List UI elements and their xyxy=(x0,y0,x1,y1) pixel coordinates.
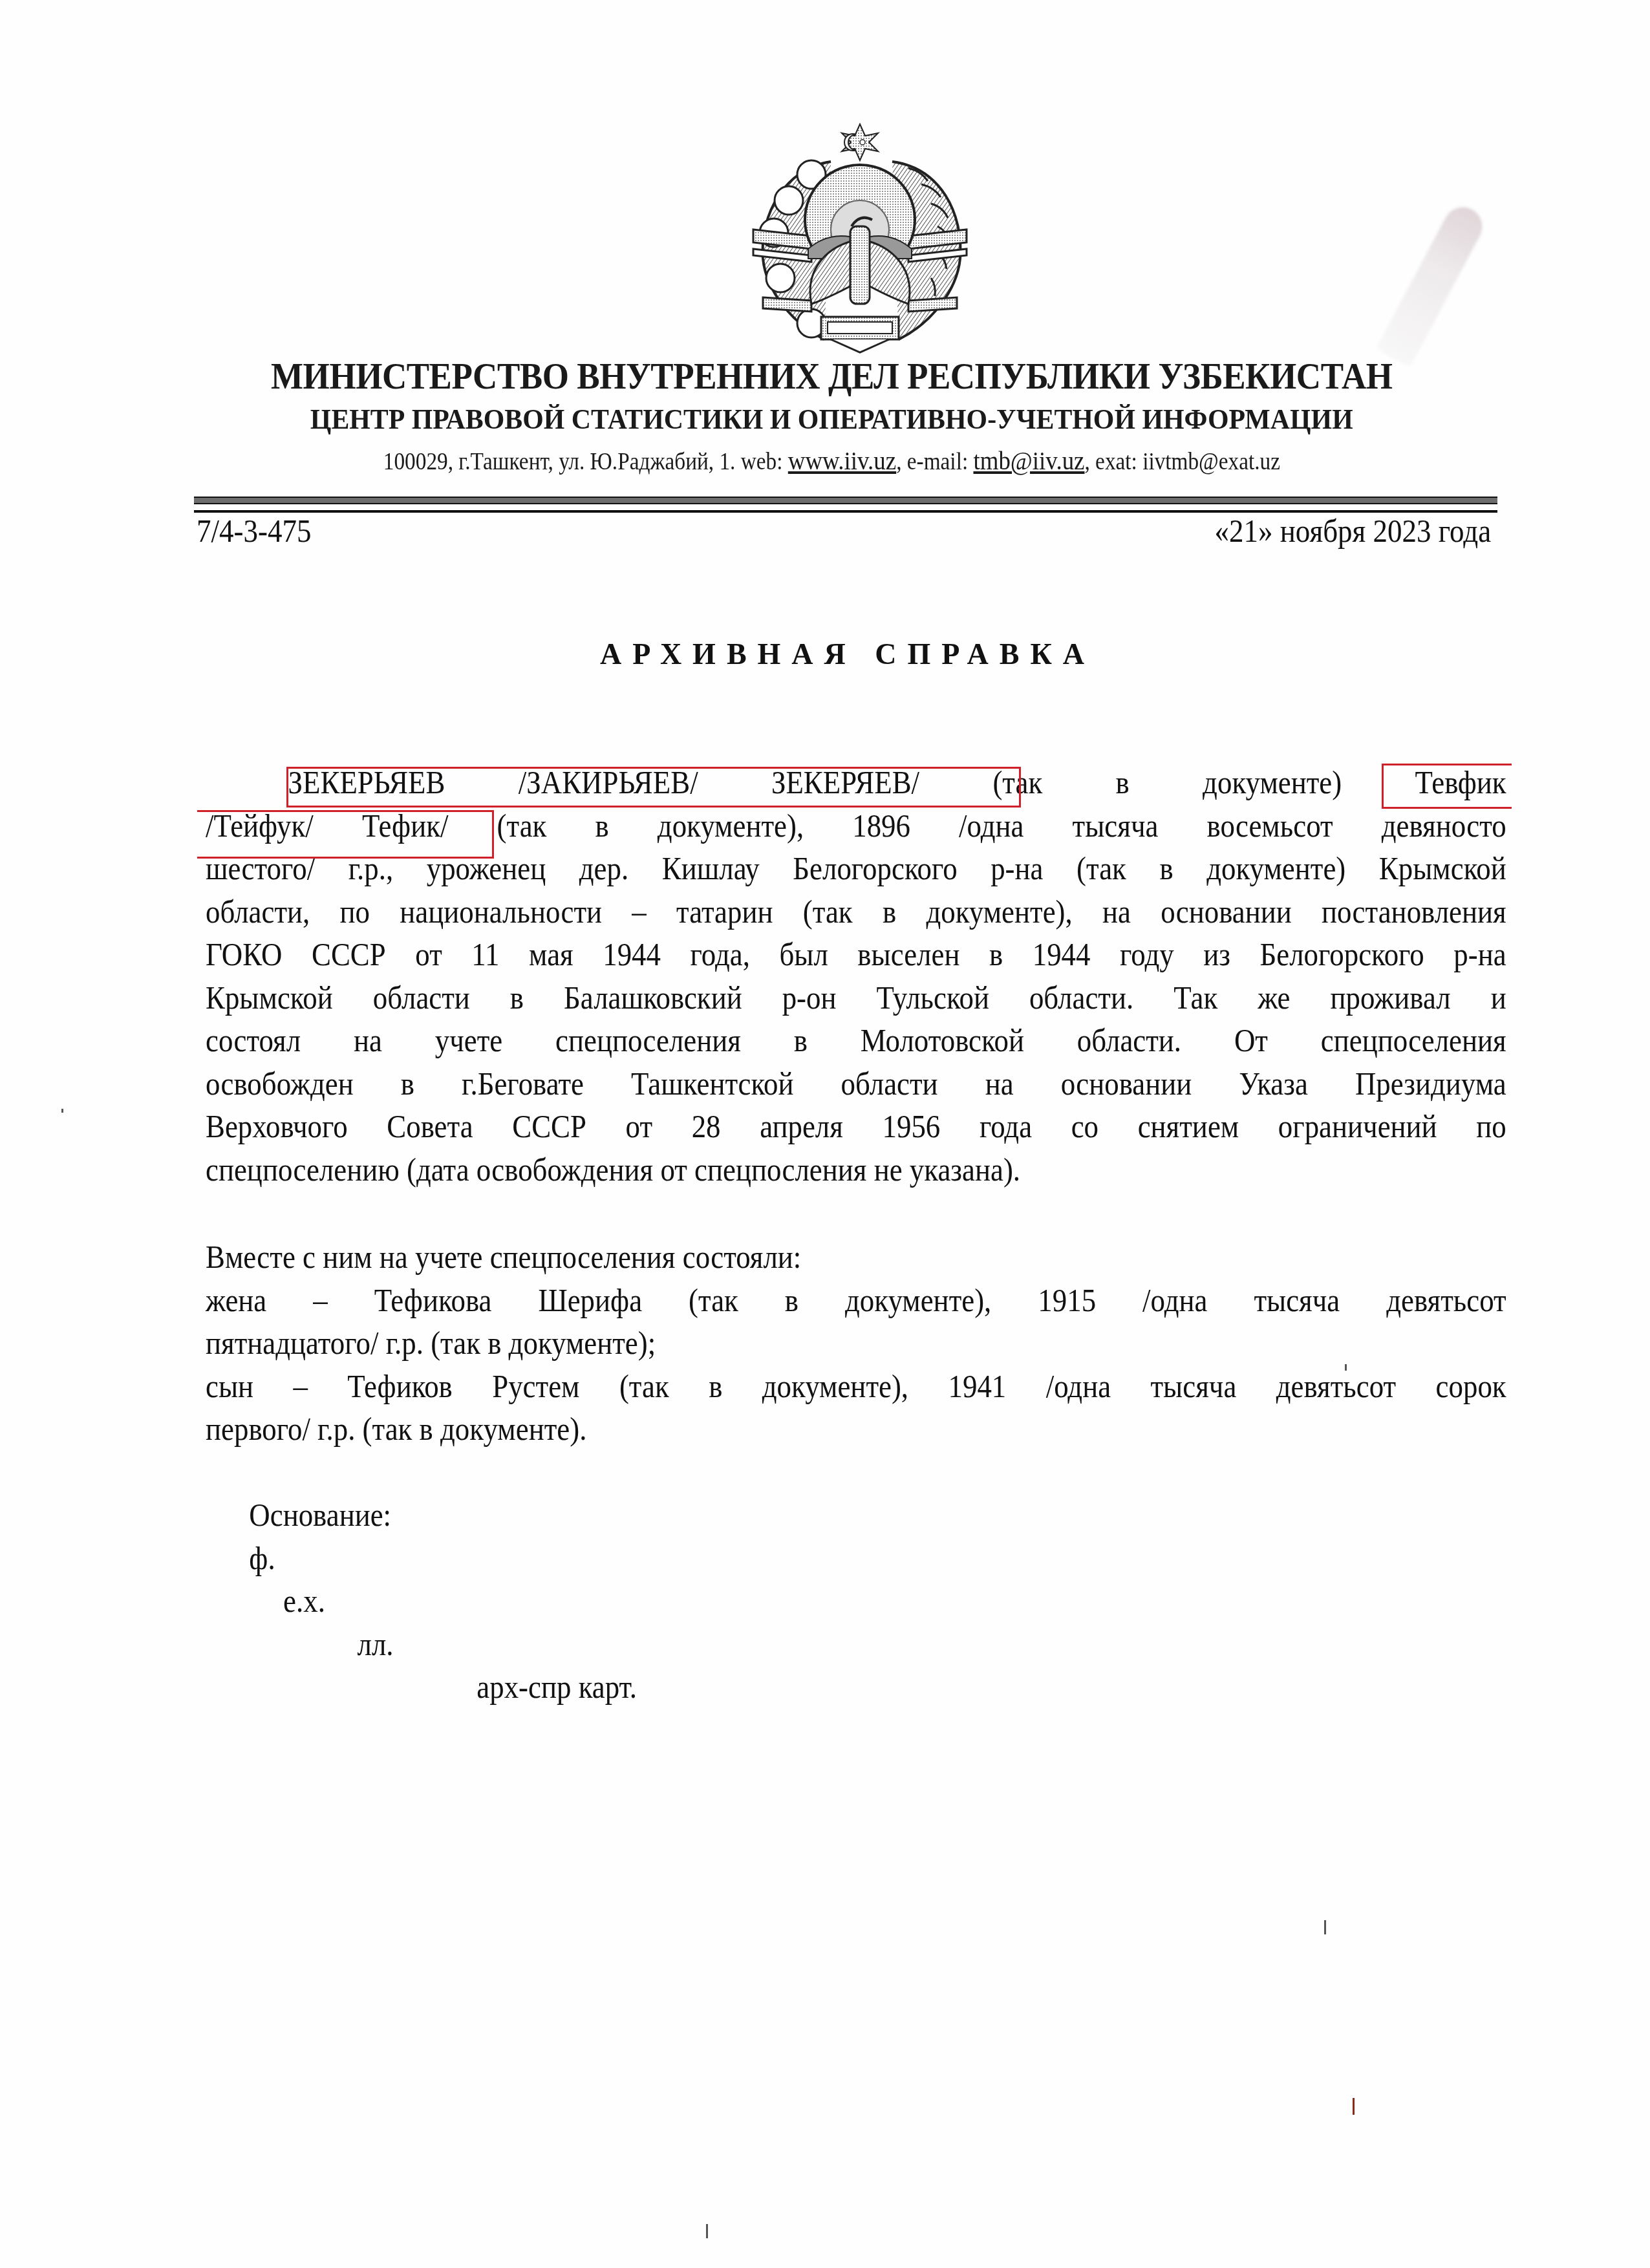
text-line: освобожден в г.Беговате Ташкентской обла… xyxy=(206,1063,1506,1106)
header-divider-thick xyxy=(194,497,1497,504)
text-line: ЗЕКЕРЬЯЕВ /ЗАКИРЬЯЕВ/ ЗЕКЕРЯЕВ/ (так в д… xyxy=(206,762,1506,805)
exat-address: , exat: iivtmb@exat.uz xyxy=(1084,449,1280,475)
family-member-son: сын – Тефиков Рустем (так в документе), … xyxy=(206,1365,1506,1409)
email-label: , e-mail: xyxy=(896,449,973,475)
text-line: ГОКО СССР от 11 мая 1944 года, был высел… xyxy=(206,934,1506,977)
website-link[interactable]: www.iiv.uz xyxy=(788,445,896,475)
address: 100029, г.Ташкент, ул. Ю.Раджабий, 1. we… xyxy=(383,449,788,475)
scan-speck xyxy=(1324,1920,1326,1934)
basis-sheets: лл. xyxy=(358,1627,394,1663)
contact-line: 100029, г.Ташкент, ул. Ю.Раджабий, 1. we… xyxy=(83,445,1569,476)
text-line: пятнадцатого/ г.р. (так в документе); xyxy=(206,1322,1506,1365)
scan-speck xyxy=(61,1109,63,1113)
basis-fund: ф. xyxy=(249,1541,275,1577)
ministry-name: МИНИСТЕРСТВО ВНУТРЕННИХ ДЕЛ РЕСПУБЛИКИ У… xyxy=(58,356,1592,398)
document-title: АРХИВНАЯ СПРАВКА xyxy=(0,637,1650,671)
reference-number: 7/4-3-475 xyxy=(197,512,311,550)
text-line: первого/ г.р. (так в документе). xyxy=(206,1408,1506,1451)
basis-card: арх-спр карт. xyxy=(477,1669,637,1706)
text-line: спецпоселению (дата освобождения от спец… xyxy=(206,1149,1506,1192)
basis-label: Основание: xyxy=(249,1497,391,1534)
scan-smudge xyxy=(1376,200,1489,367)
text-line: шестого/ г.р., уроженец дер. Кишлау Бело… xyxy=(206,848,1506,891)
family-members-section: Вместе с ним на учете спецпоселения сост… xyxy=(206,1236,1506,1752)
scan-speck xyxy=(706,2224,708,2238)
text-line: /Тейфук/ Тефик/ (так в документе), 1896 … xyxy=(206,805,1506,848)
document-page: МИНИСТЕРСТВО ВНУТРЕННИХ ДЕЛ РЕСПУБЛИКИ У… xyxy=(0,0,1650,2268)
scan-speck xyxy=(1353,2098,1355,2115)
family-member-wife: жена – Тефикова Шерифа (так в документе)… xyxy=(206,1279,1506,1323)
main-paragraph: ЗЕКЕРЬЯЕВ /ЗАКИРЬЯЕВ/ ЗЕКЕРЯЕВ/ (так в д… xyxy=(206,762,1506,1192)
state-emblem-icon xyxy=(734,123,986,356)
text-line: Верховчого Совета СССР от 28 апреля 1956… xyxy=(206,1106,1506,1149)
text-line: Крымской области в Балашковский р-он Тул… xyxy=(206,977,1506,1020)
basis-file: е.х. xyxy=(283,1583,325,1620)
email-link[interactable]: tmb@iiv.uz xyxy=(973,445,1084,475)
text-line: состоял на учете спецпоселения в Молотов… xyxy=(206,1020,1506,1063)
text-line: области, по национальности – татарин (та… xyxy=(206,891,1506,934)
text-line: Вместе с ним на учете спецпоселения сост… xyxy=(206,1236,1506,1279)
basis-line: Основание: ф. е.х. лл. арх-спр карт. xyxy=(206,1451,1506,1753)
document-date: «21» ноября 2023 года xyxy=(1214,512,1491,550)
department-name: ЦЕНТР ПРАВОВОЙ СТАТИСТИКИ И ОПЕРАТИВНО-У… xyxy=(58,402,1592,436)
